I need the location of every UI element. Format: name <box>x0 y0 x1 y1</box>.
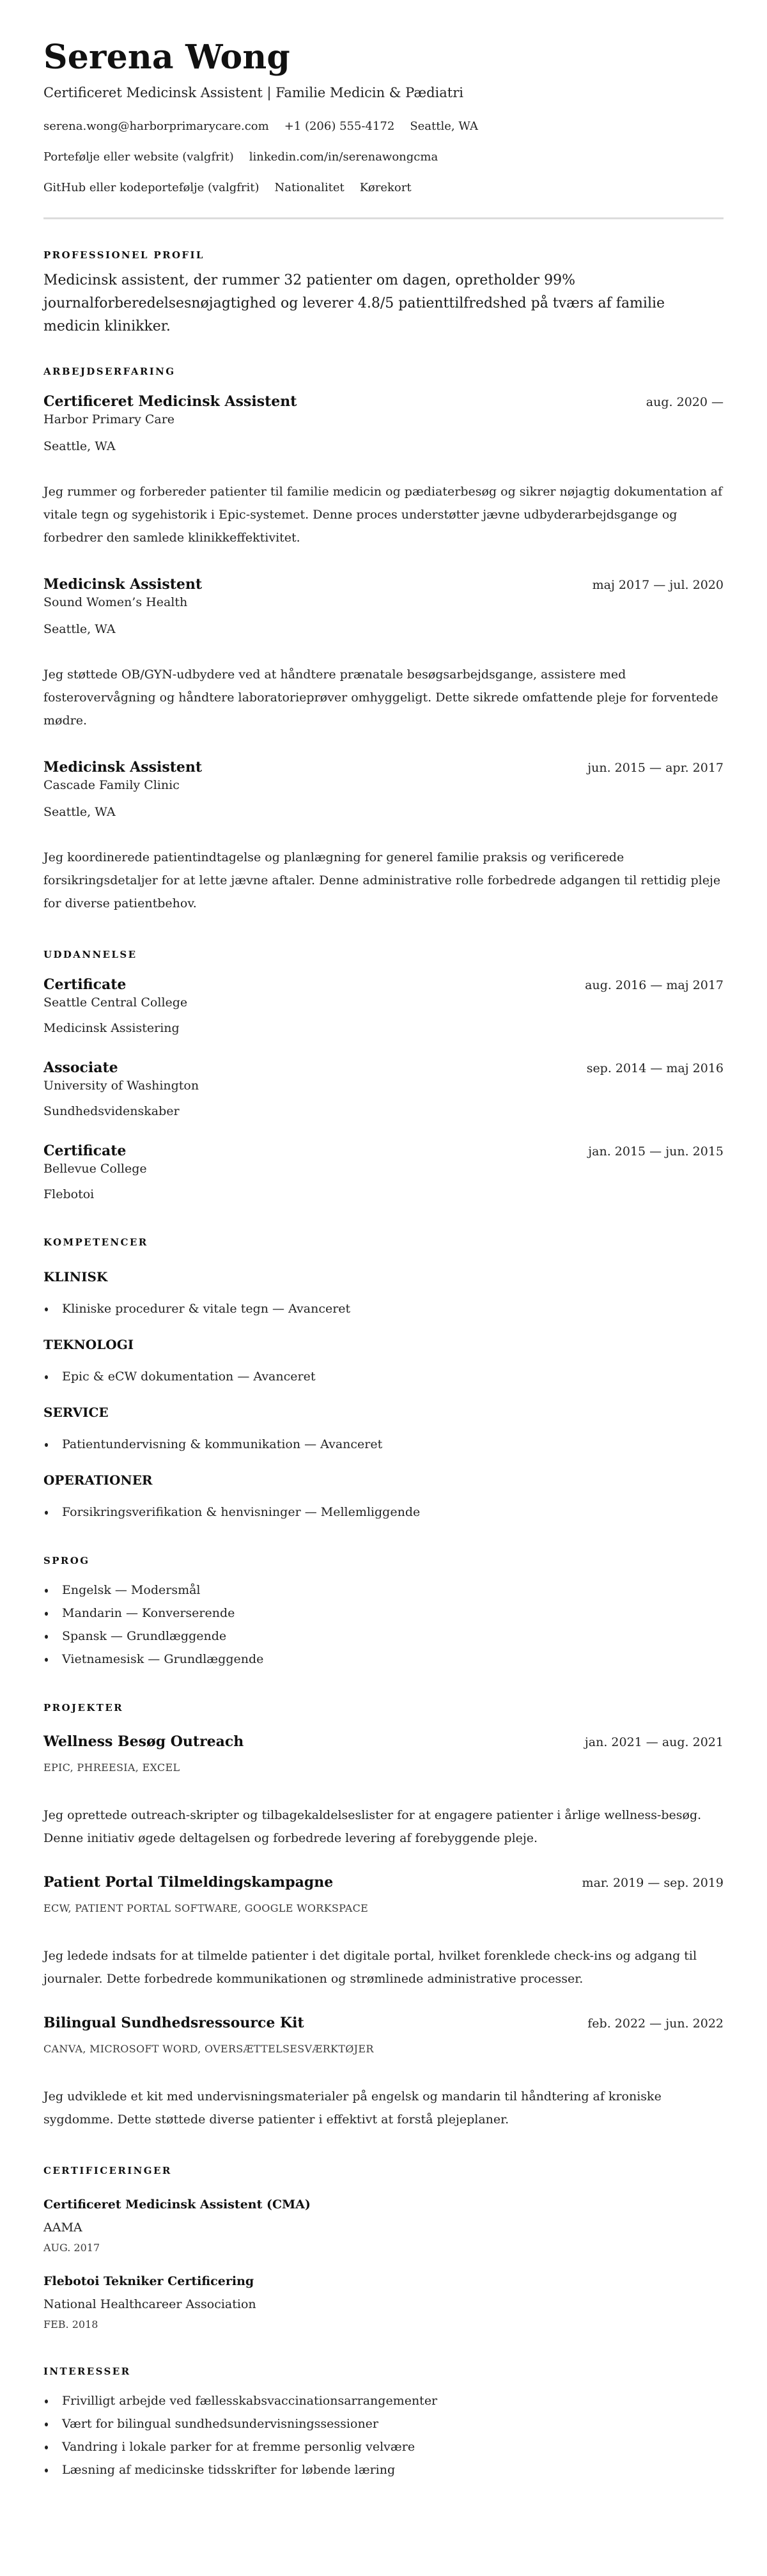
email-link[interactable]: serena.wong@harborprimarycare.com <box>43 119 269 134</box>
certification-entry: Flebotoi Tekniker CertificeringNational … <box>43 2273 724 2332</box>
field-of-study: Flebotoi <box>43 1186 724 1203</box>
resume-header: Serena Wong Certificeret Medicinsk Assis… <box>43 37 724 219</box>
skill-item: Patientundervisning & kommunikation — Av… <box>43 1435 724 1453</box>
github-link[interactable]: GitHub eller kodeportefølje (valgfrit) <box>43 180 260 196</box>
interests-section: Interesser Frivilligt arbejde ved fælles… <box>43 2365 724 2479</box>
skill-group: OPERATIONERForsikringsverifikation & hen… <box>43 1471 724 1521</box>
project-name: Patient Portal Tilmeldingskampagne <box>43 1873 333 1892</box>
experience-section: Arbejdserfaring Certificeret Medicinsk A… <box>43 365 724 915</box>
contact-row: GitHub eller kodeportefølje (valgfrit) N… <box>43 180 724 196</box>
contact-row: serena.wong@harborprimarycare.com +1 (20… <box>43 119 724 134</box>
linkedin-link[interactable]: linkedin.com/in/serenawongcma <box>249 150 438 165</box>
entry-head: Medicinsk Assistentmaj 2017 — jul. 2020 <box>43 575 724 594</box>
skill-group: TEKNOLOGIEpic & eCW dokumentation — Avan… <box>43 1336 724 1386</box>
languages-list: Engelsk — ModersmålMandarin — Konversere… <box>43 1581 724 1668</box>
job-dates: maj 2017 — jul. 2020 <box>593 576 724 594</box>
degree-title: Associate <box>43 1058 118 1077</box>
section-title: Projekter <box>43 1701 724 1714</box>
skills-section: Kompetencer KLINISKKliniske procedurer &… <box>43 1236 724 1521</box>
education-section: Uddannelse Certificateaug. 2016 — maj 20… <box>43 948 724 1203</box>
certification-issuer: National Healthcareer Association <box>43 2296 724 2313</box>
interest-item: Vært for bilingual sundhedsundervisnings… <box>43 2415 724 2433</box>
certifications-section: Certificeringer Certificeret Medicinsk A… <box>43 2164 724 2332</box>
language-item: Engelsk — Modersmål <box>43 1581 724 1599</box>
job-description: Jeg støttede OB/GYN-udbydere ved at hånd… <box>43 663 724 732</box>
interest-item: Læsning af medicinske tidsskrifter for l… <box>43 2461 724 2479</box>
job-dates: jun. 2015 — apr. 2017 <box>587 759 724 777</box>
skill-group-title: KLINISK <box>43 1268 724 1286</box>
project-dates: feb. 2022 — jun. 2022 <box>587 2015 724 2033</box>
skill-list: Kliniske procedurer & vitale tegn — Avan… <box>43 1300 724 1318</box>
section-title: Professionel Profil <box>43 249 724 262</box>
job-location: Seattle, WA <box>43 438 724 455</box>
project-entry: Bilingual Sundhedsressource Kitfeb. 2022… <box>43 2013 724 2131</box>
header-divider <box>43 217 724 219</box>
location: Seattle, WA <box>410 119 478 134</box>
experience-entry: Medicinsk Assistentmaj 2017 — jul. 2020S… <box>43 575 724 732</box>
candidate-headline: Certificeret Medicinsk Assistent | Famil… <box>43 83 724 102</box>
project-name: Bilingual Sundhedsressource Kit <box>43 2013 304 2033</box>
portfolio-link[interactable]: Portefølje eller website (valgfrit) <box>43 150 234 165</box>
skill-group-title: TEKNOLOGI <box>43 1336 724 1354</box>
interest-item: Vandring i lokale parker for at fremme p… <box>43 2438 724 2456</box>
education-dates: sep. 2014 — maj 2016 <box>587 1059 724 1077</box>
summary-text: Medicinsk assistent, der rummer 32 patie… <box>43 269 724 338</box>
entry-head: Certificeret Medicinsk Assistentaug. 202… <box>43 392 724 411</box>
contact-row: Portefølje eller website (valgfrit) link… <box>43 150 724 165</box>
project-entry: Patient Portal Tilmeldingskampagnemar. 2… <box>43 1873 724 1990</box>
resume-page: Serena Wong Certificeret Medicinsk Assis… <box>0 0 767 2517</box>
job-title: Medicinsk Assistent <box>43 758 202 777</box>
job-description: Jeg rummer og forbereder patienter til f… <box>43 480 724 549</box>
education-entry: Associatesep. 2014 — maj 2016University … <box>43 1058 724 1120</box>
school-name: Bellevue College <box>43 1160 724 1177</box>
language-item: Mandarin — Konverserende <box>43 1604 724 1622</box>
projects-list: Wellness Besøg Outreachjan. 2021 — aug. … <box>43 1732 724 2131</box>
certifications-list: Certificeret Medicinsk Assistent (CMA)AA… <box>43 2196 724 2332</box>
experience-list: Certificeret Medicinsk Assistentaug. 202… <box>43 392 724 915</box>
entry-head: Patient Portal Tilmeldingskampagnemar. 2… <box>43 1873 724 1892</box>
language-item: Vietnamesisk — Grundlæggende <box>43 1650 724 1668</box>
job-location: Seattle, WA <box>43 804 724 820</box>
job-dates: aug. 2020 — <box>646 393 724 411</box>
entry-head: Bilingual Sundhedsressource Kitfeb. 2022… <box>43 2013 724 2033</box>
project-dates: mar. 2019 — sep. 2019 <box>582 1874 724 1892</box>
school-name: University of Washington <box>43 1077 724 1094</box>
section-title: Sprog <box>43 1554 724 1567</box>
skill-group-title: OPERATIONER <box>43 1471 724 1489</box>
skill-group: SERVICEPatientundervisning & kommunikati… <box>43 1403 724 1453</box>
certification-date: aug. 2017 <box>43 2241 724 2255</box>
candidate-name: Serena Wong <box>43 37 724 78</box>
section-title: Kompetencer <box>43 1236 724 1249</box>
education-entry: Certificateaug. 2016 — maj 2017Seattle C… <box>43 975 724 1036</box>
job-title: Certificeret Medicinsk Assistent <box>43 392 297 411</box>
certification-name: Certificeret Medicinsk Assistent (CMA) <box>43 2196 724 2213</box>
drivers-license: Kørekort <box>360 180 412 196</box>
languages-section: Sprog Engelsk — ModersmålMandarin — Konv… <box>43 1554 724 1668</box>
interests-list: Frivilligt arbejde ved fællesskabsvaccin… <box>43 2392 724 2479</box>
skill-group-title: SERVICE <box>43 1403 724 1421</box>
summary-section: Professionel Profil Medicinsk assistent,… <box>43 249 724 338</box>
project-tech-stack: Epic, Phreesia, Excel <box>43 1760 724 1776</box>
certification-entry: Certificeret Medicinsk Assistent (CMA)AA… <box>43 2196 724 2255</box>
degree-title: Certificate <box>43 975 126 994</box>
skill-group: KLINISKKliniske procedurer & vitale tegn… <box>43 1268 724 1318</box>
job-title: Medicinsk Assistent <box>43 575 202 594</box>
school-name: Seattle Central College <box>43 994 724 1011</box>
field-of-study: Medicinsk Assistering <box>43 1020 724 1036</box>
section-title: Arbejdserfaring <box>43 365 724 378</box>
entry-head: Associatesep. 2014 — maj 2016 <box>43 1058 724 1077</box>
education-entry: Certificatejan. 2015 — jun. 2015Bellevue… <box>43 1141 724 1203</box>
skill-list: Forsikringsverifikation & henvisninger —… <box>43 1503 724 1521</box>
certification-date: feb. 2018 <box>43 2318 724 2332</box>
project-description: Jeg oprettede outreach-skripter og tilba… <box>43 1804 724 1850</box>
project-description: Jeg udviklede et kit med undervisningsma… <box>43 2085 724 2131</box>
field-of-study: Sundhedsvidenskaber <box>43 1103 724 1120</box>
project-description: Jeg ledede indsats for at tilmelde patie… <box>43 1944 724 1990</box>
degree-title: Certificate <box>43 1141 126 1160</box>
company-name: Harbor Primary Care <box>43 411 724 428</box>
education-list: Certificateaug. 2016 — maj 2017Seattle C… <box>43 975 724 1203</box>
skill-item: Forsikringsverifikation & henvisninger —… <box>43 1503 724 1521</box>
certification-issuer: AAMA <box>43 2219 724 2236</box>
skill-list: Epic & eCW dokumentation — Avanceret <box>43 1368 724 1386</box>
interest-item: Frivilligt arbejde ved fællesskabsvaccin… <box>43 2392 724 2410</box>
experience-entry: Medicinsk Assistentjun. 2015 — apr. 2017… <box>43 758 724 915</box>
project-dates: jan. 2021 — aug. 2021 <box>585 1733 724 1751</box>
skill-item: Epic & eCW dokumentation — Avanceret <box>43 1368 724 1386</box>
entry-head: Wellness Besøg Outreachjan. 2021 — aug. … <box>43 1732 724 1751</box>
project-name: Wellness Besøg Outreach <box>43 1732 244 1751</box>
certification-name: Flebotoi Tekniker Certificering <box>43 2273 724 2290</box>
job-description: Jeg koordinerede patientindtagelse og pl… <box>43 846 724 915</box>
projects-section: Projekter Wellness Besøg Outreachjan. 20… <box>43 1701 724 2131</box>
job-location: Seattle, WA <box>43 621 724 637</box>
project-entry: Wellness Besøg Outreachjan. 2021 — aug. … <box>43 1732 724 1850</box>
entry-head: Medicinsk Assistentjun. 2015 — apr. 2017 <box>43 758 724 777</box>
education-dates: aug. 2016 — maj 2017 <box>585 976 724 994</box>
company-name: Cascade Family Clinic <box>43 777 724 793</box>
entry-head: Certificatejan. 2015 — jun. 2015 <box>43 1141 724 1160</box>
project-tech-stack: Canva, Microsoft Word, Oversættelsesværk… <box>43 2041 724 2057</box>
phone-number[interactable]: +1 (206) 555-4172 <box>284 119 395 134</box>
section-title: Interesser <box>43 2365 724 2378</box>
section-title: Uddannelse <box>43 948 724 961</box>
entry-head: Certificateaug. 2016 — maj 2017 <box>43 975 724 994</box>
company-name: Sound Women’s Health <box>43 594 724 611</box>
section-title: Certificeringer <box>43 2164 724 2177</box>
skill-list: Patientundervisning & kommunikation — Av… <box>43 1435 724 1453</box>
nationality: Nationalitet <box>275 180 345 196</box>
project-tech-stack: eCW, Patient Portal Software, Google Wor… <box>43 1901 724 1916</box>
experience-entry: Certificeret Medicinsk Assistentaug. 202… <box>43 392 724 549</box>
language-item: Spansk — Grundlæggende <box>43 1627 724 1645</box>
skill-item: Kliniske procedurer & vitale tegn — Avan… <box>43 1300 724 1318</box>
education-dates: jan. 2015 — jun. 2015 <box>588 1143 724 1160</box>
